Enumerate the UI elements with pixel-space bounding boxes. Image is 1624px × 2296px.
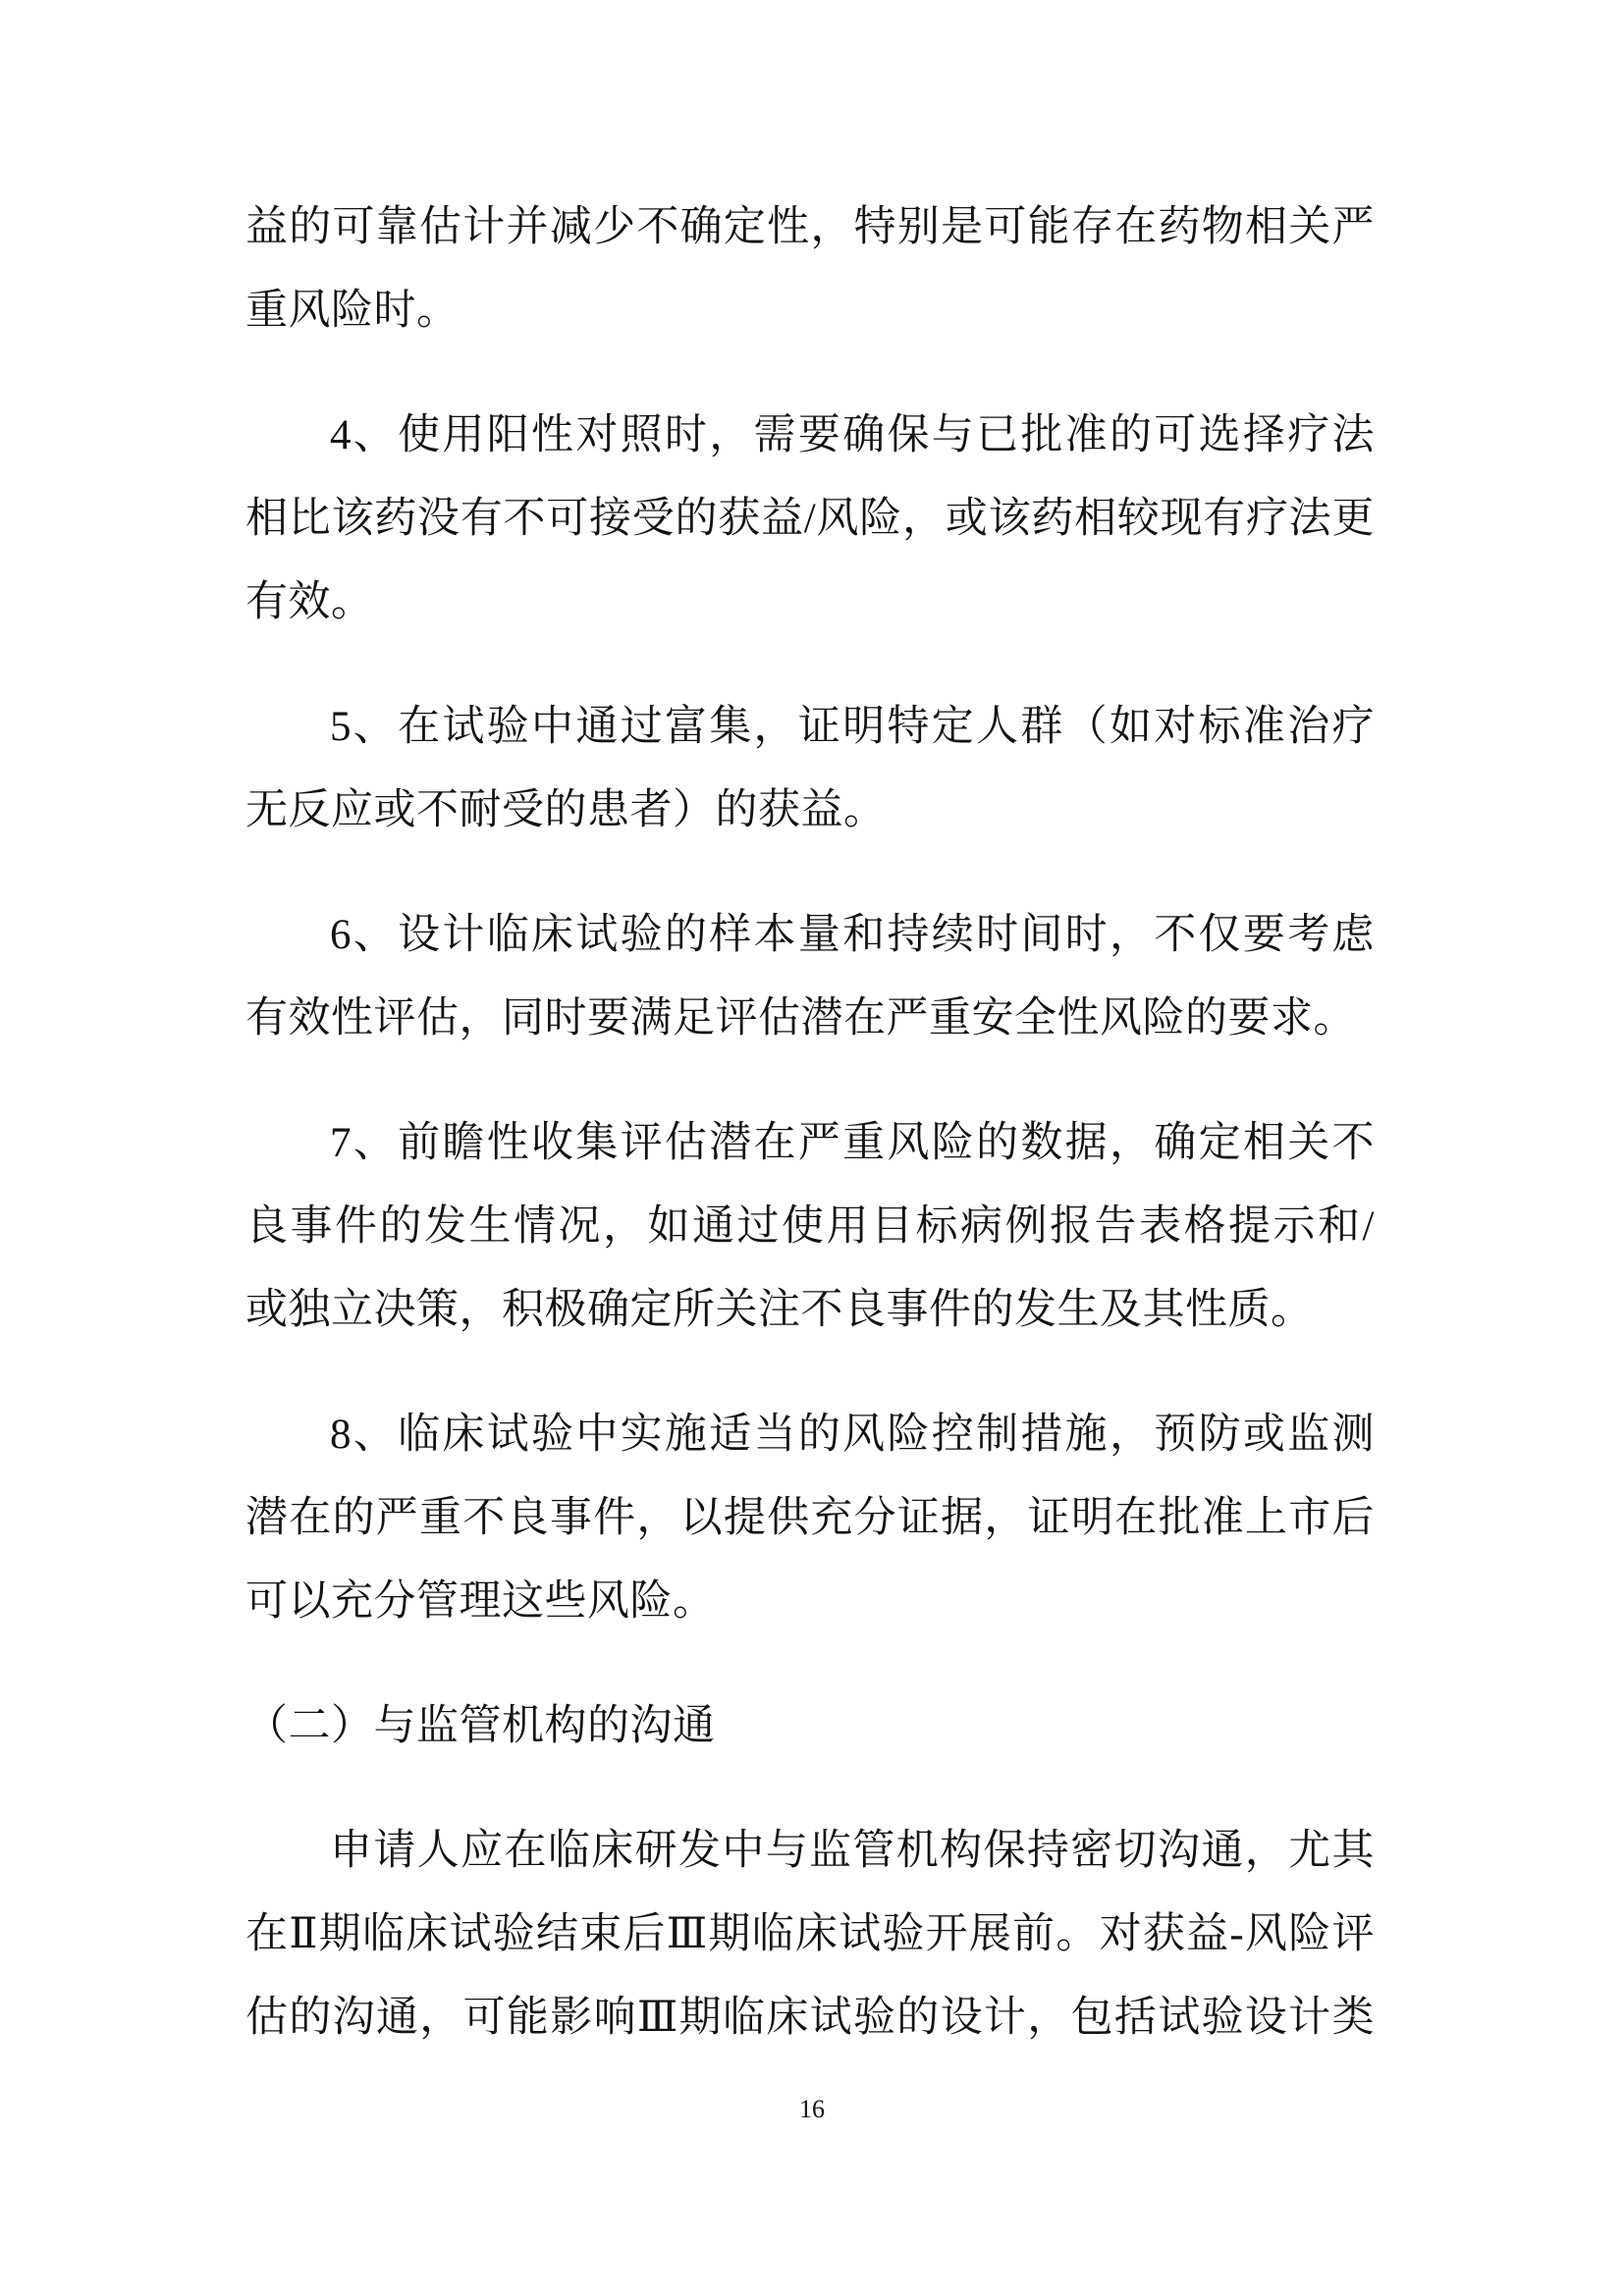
list-item-6: 6、设计临床试验的样本量和持续时间时，不仅要考虑 有效性评估，同时要满足评估潜在… <box>245 893 1375 1060</box>
text-line: 潜在的严重不良事件，以提供充分证据，证明在批准上市后 <box>245 1476 1375 1560</box>
list-item-5: 5、在试验中通过富集，证明特定人群（如对标准治疗 无反应或不耐受的患者）的获益。 <box>245 685 1375 852</box>
text-line: 8、临床试验中实施适当的风险控制措施，预防或监测 <box>245 1393 1375 1476</box>
text-line: 在Ⅱ期临床试验结束后Ⅲ期临床试验开展前。对获益-风险评 <box>245 1893 1375 1976</box>
document-body: 益的可靠估计并减少不确定性，特别是可能存在药物相关严 重风险时。 4、使用阳性对… <box>245 186 1375 2059</box>
text-line: 4、使用阳性对照时，需要确保与已批准的可选择疗法 <box>245 394 1375 477</box>
document-page: 益的可靠估计并减少不确定性，特别是可能存在药物相关严 重风险时。 4、使用阳性对… <box>0 0 1624 2296</box>
text-line: 有效性评估，同时要满足评估潜在严重安全性风险的要求。 <box>245 977 1375 1060</box>
text-line: 或独立决策，积极确定所关注不良事件的发生及其性质。 <box>245 1268 1375 1352</box>
list-item-7: 7、前瞻性收集评估潜在严重风险的数据，确定相关不 良事件的发生情况，如通过使用目… <box>245 1101 1375 1352</box>
page-number: 16 <box>0 2095 1624 2124</box>
heading-text: （二）与监管机构的沟通 <box>245 1684 1375 1768</box>
paragraph-regulator-communication: 申请人应在临床研发中与监管机构保持密切沟通，尤其 在Ⅱ期临床试验结束后Ⅲ期临床试… <box>245 1809 1375 2059</box>
text-line: 良事件的发生情况，如通过使用目标病例报告表格提示和/ <box>245 1185 1375 1268</box>
text-line: 无反应或不耐受的患者）的获益。 <box>245 769 1375 852</box>
paragraph-continuation: 益的可靠估计并减少不确定性，特别是可能存在药物相关严 重风险时。 <box>245 186 1375 352</box>
list-item-8: 8、临床试验中实施适当的风险控制措施，预防或监测 潜在的严重不良事件，以提供充分… <box>245 1393 1375 1643</box>
text-line: 6、设计临床试验的样本量和持续时间时，不仅要考虑 <box>245 893 1375 977</box>
text-line: 重风险时。 <box>245 269 1375 352</box>
text-line: 有效。 <box>245 561 1375 644</box>
text-line: 7、前瞻性收集评估潜在严重风险的数据，确定相关不 <box>245 1101 1375 1185</box>
text-line: 5、在试验中通过富集，证明特定人群（如对标准治疗 <box>245 685 1375 769</box>
text-line: 相比该药没有不可接受的获益/风险，或该药相较现有疗法更 <box>245 477 1375 561</box>
text-line: 可以充分管理这些风险。 <box>245 1560 1375 1643</box>
text-line: 申请人应在临床研发中与监管机构保持密切沟通，尤其 <box>245 1809 1375 1893</box>
text-line: 估的沟通，可能影响Ⅲ期临床试验的设计，包括试验设计类 <box>245 1976 1375 2059</box>
text-line: 益的可靠估计并减少不确定性，特别是可能存在药物相关严 <box>245 186 1375 269</box>
section-heading: （二）与监管机构的沟通 <box>245 1684 1375 1768</box>
list-item-4: 4、使用阳性对照时，需要确保与已批准的可选择疗法 相比该药没有不可接受的获益/风… <box>245 394 1375 644</box>
